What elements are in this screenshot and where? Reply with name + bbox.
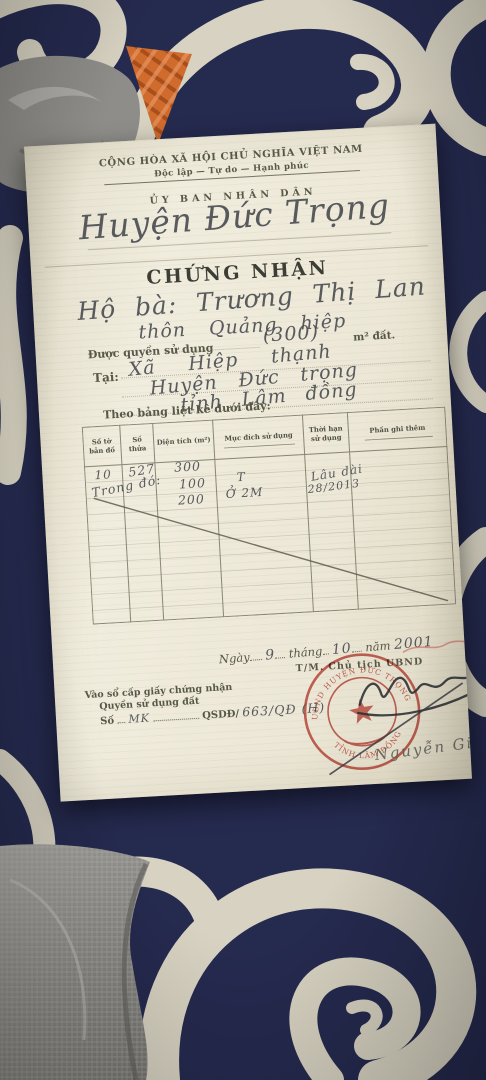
- cell-so-to: 10: [94, 467, 112, 482]
- cell-dien-tich-tong: 300: [174, 458, 202, 474]
- gray-fabric-bottom: [0, 844, 150, 1080]
- grant-suffix: m² đất.: [353, 329, 396, 343]
- cell-dien-tich-2: 200: [178, 491, 206, 507]
- cell-muc-dich-1: T: [236, 470, 246, 484]
- col-header-phan-ghi: Phần ghi thêm: [348, 410, 448, 450]
- cancellation-stroke-lower: [323, 679, 470, 779]
- col-header-muc-dich: Mục đích sử dụng: [213, 418, 305, 458]
- registry-number-mid: QSDĐ/: [202, 709, 240, 722]
- land-parcel-table: Số tờ bản đồ Số thửa Diện tích (m²) Mục …: [82, 407, 456, 625]
- location-label: Tại:: [93, 370, 119, 385]
- col-header-thoi-han: Thời hạn sử dụng: [303, 415, 350, 452]
- col-header-so-to: Số tờ bản đồ: [82, 428, 122, 465]
- cancellation-stroke-table: [94, 479, 448, 620]
- col-header-so-thua: Số thửa: [120, 426, 155, 463]
- date-day: 9: [265, 647, 276, 664]
- date-word-ngay: Ngày: [218, 650, 250, 666]
- col-header-dien-tich: Diện tích (m²): [153, 423, 215, 461]
- cell-muc-dich-2: Ở 2M: [225, 485, 263, 501]
- registry-number-hw1: MK: [128, 712, 150, 726]
- certificate-document: CỘNG HÒA XÃ HỘI CHỦ NGHĨA VIỆT NAM Độc l…: [24, 124, 472, 802]
- photo-scene: CỘNG HÒA XÃ HỘI CHỦ NGHĨA VIỆT NAM Độc l…: [0, 0, 486, 1080]
- cell-dien-tich-1: 100: [179, 475, 207, 491]
- registry-number-label: Số: [100, 716, 114, 728]
